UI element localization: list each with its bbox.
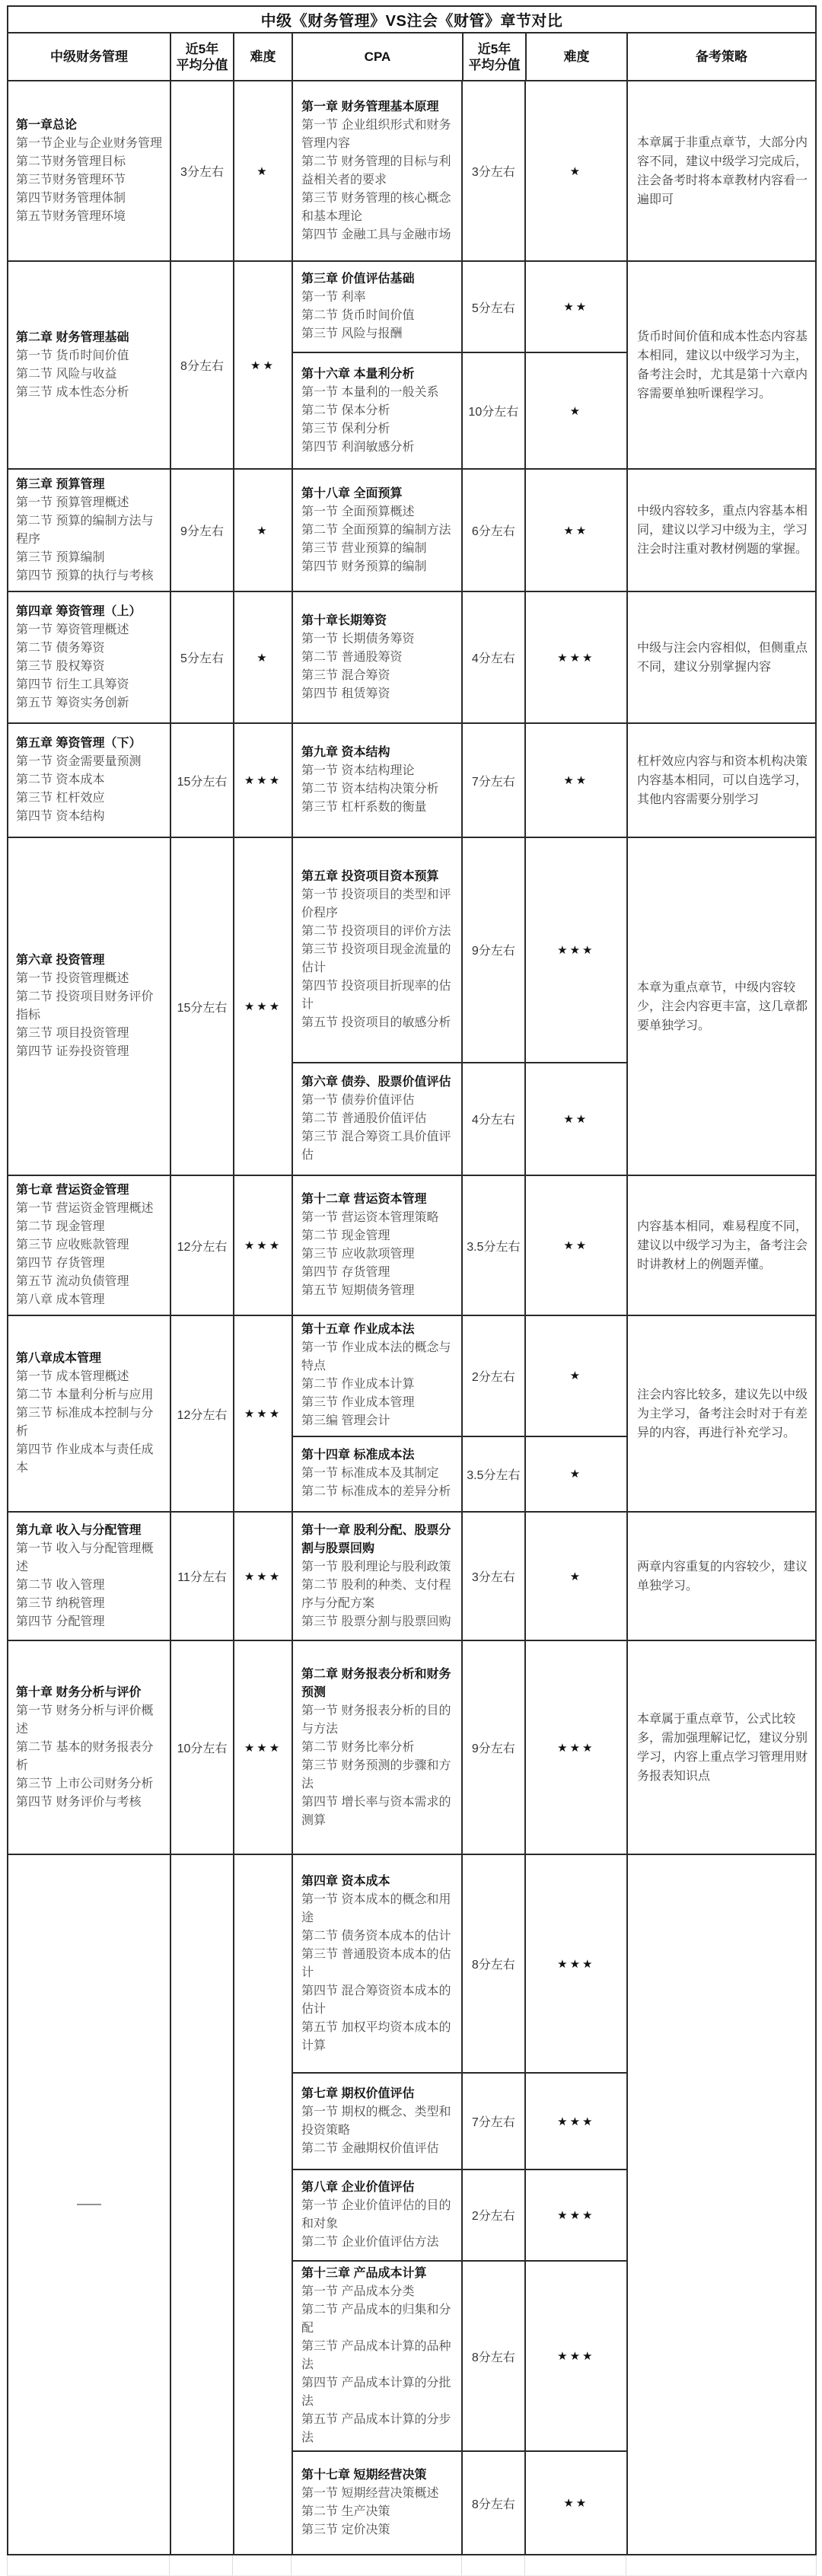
chapter-title: 第十一章 股利分配、股票分割与股票回购	[301, 1522, 455, 1558]
table-row: 第十章 财务分析与评价第一节 财务分析与评价概述第二节 基本的财务报表分析第三节…	[8, 1640, 815, 1854]
strategy-text: 杠杆效应内容与和资本机构决策内容基本相同，可以自选学习，其他内容需要分别学习	[637, 752, 808, 809]
score-value: 3.5分左右	[467, 1237, 520, 1255]
cpa-subrow: 第十五章 作业成本法第一节 作业成本法的概念与特点第二节 作业成本计算第三节 作…	[293, 1316, 626, 1436]
section-item: 第三节 杠杆效应	[16, 789, 164, 808]
chapter-title: 第十四章 标准成本法	[301, 1446, 455, 1465]
zhongji-difficulty-cell: ★★	[234, 262, 293, 468]
cpa-score-cell: 2分左右	[463, 1316, 526, 1436]
section-item: 第四节 金融工具与金融市场	[301, 226, 455, 244]
score-value: 2分左右	[472, 2206, 515, 2224]
table-row: 第七章 营运资金管理第一节 营运资金管理概述第二节 现金管理第三节 应收账款管理…	[8, 1175, 815, 1315]
chapter-title: 第十五章 作业成本法	[301, 1321, 455, 1339]
table-row: 第二章 财务管理基础第一节 货币时间价值第二节 风险与收益第三节 成本性态分析8…	[8, 260, 815, 468]
difficulty-stars: ★★★	[557, 2349, 594, 2363]
section-item: 第一节 货币时间价值	[16, 347, 164, 365]
score-value: 6分左右	[472, 521, 515, 539]
section-item: 第一节 产品成本分类	[301, 2283, 455, 2301]
score-value: 12分左右	[177, 1405, 228, 1423]
section-item: 第三节 定价决策	[301, 2521, 455, 2539]
section-item: 第二节 基本的财务报表分析	[16, 1739, 164, 1775]
section-item: 第一节 短期经营决策概述	[301, 2485, 455, 2503]
zhongji-cell: 第五章 筹资管理（下）第一节 资金需要量预测第二节 资本成本第三节 杠杆效应第四…	[8, 724, 171, 837]
strategy-cell: 货币时间价值和成本性态内容基本相同，建议以中级学习为主，备考注会时，尤其是第十六…	[628, 262, 815, 468]
cpa-stack: 第二章 财务报表分析和财务预测第一节 财务报表分析的目的与方法第二节 财务比率分…	[293, 1641, 628, 1854]
section-item: 第五节 流动负债管理	[16, 1273, 164, 1291]
section-item: 第二节 现金管理	[16, 1218, 164, 1236]
cpa-stack: 第十二章 营运资本管理第一节 营运资本管理策略第二节 现金管理第三节 应收款项管…	[293, 1176, 628, 1315]
section-item: 第三节 应收款项管理	[301, 1245, 455, 1264]
difficulty-stars: ★★	[563, 300, 588, 314]
section-item: 第一节 投资管理概述	[16, 970, 164, 988]
section-item: 第四节 投资项目折现率的估计	[301, 977, 455, 1014]
strategy-text: 货币时间价值和成本性态内容基本相同，建议以中级学习为主，备考注会时，尤其是第十六…	[637, 327, 808, 403]
chapter-title: 第三章 价值评估基础	[301, 270, 455, 289]
cpa-subrow: 第二章 财务报表分析和财务预测第一节 财务报表分析的目的与方法第二节 财务比率分…	[293, 1641, 626, 1854]
table-title: 中级《财务管理》VS注会《财管》章节对比	[8, 7, 815, 33]
difficulty-stars: ★	[256, 164, 269, 178]
difficulty-stars: ★	[570, 1467, 582, 1481]
cpa-score-cell: 8分左右	[463, 1855, 526, 2072]
table-row: 第五章 筹资管理（下）第一节 资金需要量预测第二节 资本成本第三节 杠杆效应第四…	[8, 722, 815, 837]
zhongji-cell: 第三章 预算管理第一节 预算管理概述第二节 预算的编制方法与程序第三节 预算编制…	[8, 470, 171, 591]
section-item: 第三节财务管理环节	[16, 171, 164, 190]
cpa-difficulty-cell: ★★★	[526, 1641, 626, 1854]
cpa-chapter-cell: 第六章 债券、股票价值评估第一节 债券价值评估第二节 普通股价值评估第三节 混合…	[293, 1063, 463, 1175]
section-item: 第二节 资本结构决策分析	[301, 780, 455, 799]
section-item: 第八章 成本管理	[16, 1291, 164, 1309]
cpa-stack: 第九章 资本结构第一节 资本结构理论第二节 资本结构决策分析第三节 杠杆系数的衡…	[293, 724, 628, 837]
section-item: 第二节 全面预算的编制方法	[301, 521, 455, 540]
difficulty-stars: ★★★	[244, 1239, 282, 1252]
chapter-title: 第四章 筹资管理（上）	[16, 603, 164, 621]
header-strategy: 备考策略	[628, 33, 815, 80]
section-item: 第二节 普通股价值评估	[301, 1110, 455, 1128]
difficulty-stars: ★	[570, 164, 582, 178]
table-header-row: 中级财务管理 近5年 平均分值 难度 CPA 近5年 平均分值 难度 备考策略	[8, 33, 815, 80]
zhongji-difficulty-cell: ★	[234, 592, 293, 722]
header-avg-score-zj: 近5年 平均分值	[171, 33, 234, 80]
zhongji-difficulty-cell: ★★★	[234, 1176, 293, 1315]
strategy-text: 本章为重点章节，中级内容较少，注会内容更丰富，这几章都要单独学习。	[637, 978, 808, 1035]
ghost-cell	[7, 2555, 170, 2575]
cpa-score-cell: 4分左右	[463, 592, 526, 722]
score-value: 9分左右	[180, 521, 224, 539]
cpa-difficulty-cell: ★★★	[526, 1855, 626, 2072]
score-value: 7分左右	[472, 2112, 515, 2130]
cpa-score-cell: 3分左右	[463, 81, 526, 260]
zhongji-cell: 第七章 营运资金管理第一节 营运资金管理概述第二节 现金管理第三节 应收账款管理…	[8, 1176, 171, 1315]
zhongji-score-cell: 11分左右	[171, 1513, 234, 1640]
zhongji-difficulty-cell: ★★★	[234, 838, 293, 1175]
zhongji-difficulty-cell: ★★★	[234, 1316, 293, 1511]
zhongji-cell: ——	[8, 1855, 171, 2554]
cpa-score-cell: 4分左右	[463, 1063, 526, 1175]
score-value: 8分左右	[472, 2495, 515, 2512]
chapter-title: 第七章 营运资金管理	[16, 1181, 164, 1200]
cpa-stack: 第三章 价值评估基础第一节 利率第二节 货币时间价值第三节 风险与报酬5分左右★…	[293, 262, 628, 468]
cpa-subrow: 第七章 期权价值评估第一节 期权的概念、类型和投资策略第二节 金融期权价值评估7…	[293, 2072, 626, 2169]
section-item: 第三节 财务管理的核心概念和基本理论	[301, 190, 455, 226]
section-item: 第二节 债务筹资	[16, 639, 164, 658]
cpa-difficulty-cell: ★★★	[526, 838, 626, 1062]
section-item: 第三节 股票分割与股票回购	[301, 1613, 455, 1631]
ghost-cell	[462, 2555, 525, 2575]
difficulty-stars: ★★★	[244, 773, 282, 787]
section-item: 第三编 管理会计	[301, 1412, 455, 1430]
score-value: 3分左右	[472, 1567, 515, 1585]
zhongji-difficulty-cell: ★★★	[234, 1641, 293, 1854]
section-item: 第四节 混合筹资资本成本的估计	[301, 1982, 455, 2019]
section-item: 第二节 金融期权价值评估	[301, 2140, 455, 2158]
section-item: 第二节 财务管理的目标与利益相关者的要求	[301, 153, 455, 190]
zhongji-score-cell: 15分左右	[171, 724, 234, 837]
ghost-cell	[233, 2555, 292, 2575]
ghost-cell	[525, 2555, 626, 2575]
difficulty-stars: ★	[256, 651, 269, 665]
strategy-cell: 杠杆效应内容与和资本机构决策内容基本相同，可以自选学习，其他内容需要分别学习	[628, 724, 815, 837]
cpa-stack: 第十一章 股利分配、股票分割与股票回购第一节 股利理论与股利政策第二节 股利的种…	[293, 1513, 628, 1640]
section-item: 第二节 标准成本的差异分析	[301, 1483, 455, 1501]
difficulty-stars: ★★	[250, 359, 276, 372]
cpa-score-cell: 5分左右	[463, 262, 526, 352]
section-item: 第一节 期权的概念、类型和投资策略	[301, 2103, 455, 2140]
chapter-title: 第四章 资本成本	[301, 1873, 455, 1891]
section-item: 第三节 项目投资管理	[16, 1025, 164, 1043]
cpa-stack: 第一章 财务管理基本原理第一节 企业组织形式和财务管理内容第二节 财务管理的目标…	[293, 81, 628, 260]
score-value: 9分左右	[472, 1739, 515, 1756]
cpa-chapter-cell: 第四章 资本成本第一节 资本成本的概念和用途第二节 债务资本成本的估计第三节 普…	[293, 1855, 463, 2072]
difficulty-stars: ★★	[563, 524, 588, 537]
chapter-title: 第十章长期筹资	[301, 612, 455, 630]
chapter-title: 第三章 预算管理	[16, 476, 164, 494]
cpa-chapter-cell: 第十一章 股利分配、股票分割与股票回购第一节 股利理论与股利政策第二节 股利的种…	[293, 1513, 463, 1640]
score-value: 4分左右	[472, 1110, 515, 1127]
section-item: 第一节 股利理论与股利政策	[301, 1558, 455, 1577]
cpa-difficulty-cell: ★	[526, 353, 626, 468]
section-item: 第二节 股利的种类、支付程序与分配方案	[301, 1577, 455, 1613]
section-item: 第三节 作业成本管理	[301, 1394, 455, 1412]
section-item: 第三节 保利分析	[301, 420, 455, 438]
section-item: 第三节 混合筹资	[301, 667, 455, 685]
section-item: 第二节 预算的编制方法与程序	[16, 512, 164, 549]
difficulty-stars: ★★★	[244, 1407, 282, 1420]
section-item: 第一节 财务分析与评价概述	[16, 1702, 164, 1739]
difficulty-stars: ★★★	[244, 1570, 282, 1583]
section-item: 第一节 财务报表分析的目的与方法	[301, 1702, 455, 1739]
section-item: 第二节 财务比率分析	[301, 1739, 455, 1757]
section-item: 第一节 投资项目的类型和评价程序	[301, 886, 455, 923]
strategy-text: 两章内容重复的内容较少，建议单独学习。	[637, 1557, 808, 1596]
section-item: 第三节 应收账款管理	[16, 1236, 164, 1255]
cpa-subrow: 第十八章 全面预算第一节 全面预算概述第二节 全面预算的编制方法第三节 营业预算…	[293, 470, 626, 591]
score-value: 8分左右	[180, 356, 224, 374]
cpa-chapter-cell: 第八章 企业价值评估第一节 企业价值评估的目的和对象第二节 企业价值评估方法	[293, 2170, 463, 2260]
section-item: 第二节 企业价值评估方法	[301, 2233, 455, 2252]
difficulty-stars: ★★	[563, 2496, 588, 2510]
cpa-chapter-cell: 第十八章 全面预算第一节 全面预算概述第二节 全面预算的编制方法第三节 营业预算…	[293, 470, 463, 591]
section-item: 第二节 风险与收益	[16, 365, 164, 384]
strategy-cell	[628, 1855, 815, 2554]
strategy-text: 中级内容较多，重点内容基本相同，建议以学习中级为主，学习注会时注重对教材例题的掌…	[637, 502, 808, 559]
score-value: 10分左右	[468, 402, 518, 419]
section-item: 第四节 存货管理	[16, 1255, 164, 1273]
section-item: 第三节 预算编制	[16, 549, 164, 567]
section-item: 第一节 筹资管理概述	[16, 621, 164, 639]
cpa-stack: 第四章 资本成本第一节 资本成本的概念和用途第二节 债务资本成本的估计第三节 普…	[293, 1855, 628, 2554]
zhongji-difficulty-cell: ★★★	[234, 1513, 293, 1640]
cpa-subrow: 第十七章 短期经营决策第一节 短期经营决策概述第二节 生产决策第三节 定价决策8…	[293, 2450, 626, 2554]
section-item: 第三节 营业预算的编制	[301, 540, 455, 558]
table-row: 第一章总论第一节企业与企业财务管理第二节财务管理目标第三节财务管理环节第四节财务…	[8, 80, 815, 260]
comparison-table: 中级《财务管理》VS注会《财管》章节对比 中级财务管理 近5年 平均分值 难度 …	[7, 5, 817, 2555]
section-item: 第一节 企业组织形式和财务管理内容	[301, 116, 455, 153]
section-item: 第三节 财务预测的步骤和方法	[301, 1757, 455, 1793]
section-item: 第二节 投资项目的评价方法	[301, 923, 455, 941]
chapter-title: 第六章 债券、股票价值评估	[301, 1073, 455, 1092]
section-item: 第二节 资本成本	[16, 771, 164, 789]
section-item: 第四节 财务评价与考核	[16, 1793, 164, 1812]
difficulty-stars: ★	[570, 404, 582, 418]
section-item: 第五节 筹资实务创新	[16, 694, 164, 713]
dash-placeholder: ——	[77, 2198, 101, 2211]
cpa-score-cell: 7分左右	[463, 2074, 526, 2169]
cpa-chapter-cell: 第十三章 产品成本计算第一节 产品成本分类第二节 产品成本的归集和分配第三节 产…	[293, 2262, 463, 2450]
difficulty-stars: ★★	[563, 1112, 588, 1126]
chapter-title: 第十六章 本量利分析	[301, 365, 455, 384]
section-item: 第五节 加权平均资本成本的计算	[301, 2019, 455, 2055]
strategy-text: 本章属于重点章节，公式比较多，需加强理解记忆，建议分别学习，内容上重点学习管理用…	[637, 1710, 808, 1786]
section-item: 第二节 收入管理	[16, 1577, 164, 1595]
section-item: 第二节 生产决策	[301, 2503, 455, 2521]
section-item: 第二节 货币时间价值	[301, 307, 455, 325]
strategy-text: 内容基本相同，难易程度不同，建议以中级学习为主，备考注会时讲教材上的例题弄懂。	[637, 1217, 808, 1274]
strategy-cell: 注会内容比较多，建议先以中级为主学习，备考注会时对于有差异的内容，再进行补充学习…	[628, 1316, 815, 1511]
cpa-score-cell: 6分左右	[463, 470, 526, 591]
header-difficulty-cpa: 难度	[527, 33, 628, 80]
section-item: 第四节 财务预算的编制	[301, 558, 455, 576]
section-item: 第二节 普通股筹资	[301, 649, 455, 667]
section-item: 第三节 上市公司财务分析	[16, 1775, 164, 1793]
score-value: 5分左右	[180, 649, 224, 666]
section-item: 第五节财务管理环境	[16, 208, 164, 226]
zhongji-score-cell: 9分左右	[171, 470, 234, 591]
zhongji-difficulty-cell: ★	[234, 470, 293, 591]
section-item: 第三节 股权筹资	[16, 658, 164, 676]
cpa-subrow: 第四章 资本成本第一节 资本成本的概念和用途第二节 债务资本成本的估计第三节 普…	[293, 1855, 626, 2072]
section-item: 第三节 杠杆系数的衡量	[301, 799, 455, 817]
cpa-score-cell: 8分左右	[463, 2262, 526, 2450]
cpa-difficulty-cell: ★	[526, 1316, 626, 1436]
rows: 第一章总论第一节企业与企业财务管理第二节财务管理目标第三节财务管理环节第四节财务…	[8, 80, 815, 2554]
section-item: 第二节 债务资本成本的估计	[301, 1927, 455, 1946]
ghost-cell	[170, 2555, 233, 2575]
cpa-stack: 第五章 投资项目资本预算第一节 投资项目的类型和评价程序第二节 投资项目的评价方…	[293, 838, 628, 1175]
section-item: 第三节 成本性态分析	[16, 384, 164, 402]
section-item: 第二节 产品成本的归集和分配	[301, 2301, 455, 2338]
section-item: 第一节 作业成本法的概念与特点	[301, 1339, 455, 1376]
score-value: 9分左右	[472, 941, 515, 958]
cpa-chapter-cell: 第十二章 营运资本管理第一节 营运资本管理策略第二节 现金管理第三节 应收款项管…	[293, 1176, 463, 1315]
cpa-difficulty-cell: ★★	[526, 1176, 626, 1315]
cpa-subrow: 第五章 投资项目资本预算第一节 投资项目的类型和评价程序第二节 投资项目的评价方…	[293, 838, 626, 1062]
cpa-difficulty-cell: ★	[526, 81, 626, 260]
section-item: 第四节 分配管理	[16, 1613, 164, 1631]
section-item: 第一节 成本管理概述	[16, 1368, 164, 1386]
chapter-title: 第八章 企业价值评估	[301, 2179, 455, 2197]
cpa-chapter-cell: 第一章 财务管理基本原理第一节 企业组织形式和财务管理内容第二节 财务管理的目标…	[293, 81, 463, 260]
cpa-score-cell: 3分左右	[463, 1513, 526, 1640]
section-item: 第一节 长期债务筹资	[301, 630, 455, 649]
cpa-score-cell: 3.5分左右	[463, 1437, 526, 1511]
cpa-difficulty-cell: ★★	[526, 262, 626, 352]
cpa-chapter-cell: 第十五章 作业成本法第一节 作业成本法的概念与特点第二节 作业成本计算第三节 作…	[293, 1316, 463, 1436]
zhongji-score-cell: 15分左右	[171, 838, 234, 1175]
section-item: 第三节 投资项目现金流量的估计	[301, 941, 455, 977]
zhongji-score-cell: 10分左右	[171, 1641, 234, 1854]
cpa-subrow: 第十六章 本量利分析第一节 本量利的一般关系第二节 保本分析第三节 保利分析第四…	[293, 352, 626, 468]
cpa-subrow: 第六章 债券、股票价值评估第一节 债券价值评估第二节 普通股价值评估第三节 混合…	[293, 1062, 626, 1175]
section-item: 第三节 标准成本控制与分析	[16, 1404, 164, 1441]
zhongji-cell: 第八章成本管理第一节 成本管理概述第二节 本量利分析与应用第三节 标准成本控制与…	[8, 1316, 171, 1511]
cpa-chapter-cell: 第十六章 本量利分析第一节 本量利的一般关系第二节 保本分析第三节 保利分析第四…	[293, 353, 463, 468]
zhongji-score-cell: 8分左右	[171, 262, 234, 468]
cpa-stack: 第十五章 作业成本法第一节 作业成本法的概念与特点第二节 作业成本计算第三节 作…	[293, 1316, 628, 1511]
chapter-title: 第二章 财务管理基础	[16, 329, 164, 347]
section-item: 第五节 产品成本计算的分步法	[301, 2411, 455, 2447]
section-item: 第二节 投资项目财务评价指标	[16, 988, 164, 1025]
zhongji-cell: 第十章 财务分析与评价第一节 财务分析与评价概述第二节 基本的财务报表分析第三节…	[8, 1641, 171, 1854]
cpa-subrow: 第八章 企业价值评估第一节 企业价值评估的目的和对象第二节 企业价值评估方法2分…	[293, 2169, 626, 2260]
section-item: 第四节 利润敏感分析	[301, 438, 455, 457]
zhongji-score-cell: 12分左右	[171, 1176, 234, 1315]
section-item: 第一节 企业价值评估的目的和对象	[301, 2197, 455, 2233]
cpa-difficulty-cell: ★★★	[526, 2074, 626, 2169]
cpa-difficulty-cell: ★★	[526, 1063, 626, 1175]
cpa-subrow: 第十四章 标准成本法第一节 标准成本及其制定第二节 标准成本的差异分析3.5分左…	[293, 1436, 626, 1511]
cpa-chapter-cell: 第十四章 标准成本法第一节 标准成本及其制定第二节 标准成本的差异分析	[293, 1437, 463, 1511]
header-cpa: CPA	[293, 33, 464, 80]
difficulty-stars: ★★★	[557, 1957, 594, 1971]
score-value: 10分左右	[177, 1739, 228, 1756]
cpa-subrow: 第十章长期筹资第一节 长期债务筹资第二节 普通股筹资第三节 混合筹资第四节 租赁…	[293, 592, 626, 722]
cpa-chapter-cell: 第九章 资本结构第一节 资本结构理论第二节 资本结构决策分析第三节 杠杆系数的衡…	[293, 724, 463, 837]
zhongji-cell: 第二章 财务管理基础第一节 货币时间价值第二节 风险与收益第三节 成本性态分析	[8, 262, 171, 468]
chapter-title: 第十二章 营运资本管理	[301, 1191, 455, 1209]
cpa-chapter-cell: 第三章 价值评估基础第一节 利率第二节 货币时间价值第三节 风险与报酬	[293, 262, 463, 352]
section-item: 第二节 现金管理	[301, 1227, 455, 1245]
difficulty-stars: ★	[256, 524, 269, 537]
comparison-table-page: 中级《财务管理》VS注会《财管》章节对比 中级财务管理 近5年 平均分值 难度 …	[0, 5, 822, 2576]
table-row: 第三章 预算管理第一节 预算管理概述第二节 预算的编制方法与程序第三节 预算编制…	[8, 468, 815, 591]
zhongji-score-cell: 5分左右	[171, 592, 234, 722]
chapter-title: 第七章 期权价值评估	[301, 2085, 455, 2103]
cpa-subrow: 第十三章 产品成本计算第一节 产品成本分类第二节 产品成本的归集和分配第三节 产…	[293, 2260, 626, 2450]
chapter-title: 第五章 筹资管理（下）	[16, 735, 164, 753]
cpa-difficulty-cell: ★★	[526, 470, 626, 591]
cpa-score-cell: 2分左右	[463, 2170, 526, 2260]
strategy-text: 注会内容比较多，建议先以中级为主学习，备考注会时对于有差异的内容，再进行补充学习…	[637, 1385, 808, 1443]
table-row: ——第四章 资本成本第一节 资本成本的概念和用途第二节 债务资本成本的估计第三节…	[8, 1854, 815, 2554]
chapter-title: 第一章 财务管理基本原理	[301, 98, 455, 116]
section-item: 第三节 产品成本计算的品种法	[301, 2338, 455, 2374]
ghost-cell	[626, 2555, 817, 2575]
section-item: 第二节财务管理目标	[16, 153, 164, 171]
score-value: 3分左右	[180, 162, 224, 180]
score-value: 2分左右	[472, 1367, 515, 1385]
section-item: 第四节 衍生工具筹资	[16, 676, 164, 694]
cpa-difficulty-cell: ★★	[526, 2452, 626, 2554]
score-value: 3.5分左右	[467, 1465, 520, 1483]
cpa-score-cell: 8分左右	[463, 2452, 526, 2554]
section-item: 第一节 本量利的一般关系	[301, 384, 455, 402]
section-item: 第四节 作业成本与责任成本	[16, 1441, 164, 1478]
score-value: 8分左右	[472, 1955, 515, 1972]
cpa-chapter-cell: 第十七章 短期经营决策第一节 短期经营决策概述第二节 生产决策第三节 定价决策	[293, 2452, 463, 2554]
difficulty-stars: ★★★	[244, 1741, 282, 1755]
chapter-title: 第八章成本管理	[16, 1350, 164, 1368]
section-item: 第三节 普通股资本成本的估计	[301, 1946, 455, 1982]
cpa-difficulty-cell: ★★	[526, 724, 626, 837]
chapter-title: 第十三章 产品成本计算	[301, 2265, 455, 2283]
ghost-cell	[292, 2555, 462, 2575]
chapter-title: 第十七章 短期经营决策	[301, 2466, 455, 2485]
chapter-title: 第二章 财务报表分析和财务预测	[301, 1666, 455, 1702]
zhongji-score-cell	[171, 1855, 234, 2554]
cpa-chapter-cell: 第七章 期权价值评估第一节 期权的概念、类型和投资策略第二节 金融期权价值评估	[293, 2074, 463, 2169]
chapter-title: 第六章 投资管理	[16, 952, 164, 970]
section-item: 第一节 利率	[301, 289, 455, 307]
section-item: 第四节 证券投资管理	[16, 1043, 164, 1061]
score-value: 12分左右	[177, 1237, 228, 1255]
chapter-title: 第十章 财务分析与评价	[16, 1684, 164, 1702]
section-item: 第一节 营运资本管理策略	[301, 1209, 455, 1227]
chapter-title: 第一章总论	[16, 116, 164, 135]
difficulty-stars: ★	[570, 1369, 582, 1382]
difficulty-stars: ★★	[563, 1239, 588, 1252]
score-value: 11分左右	[177, 1567, 227, 1585]
cpa-chapter-cell: 第二章 财务报表分析和财务预测第一节 财务报表分析的目的与方法第二节 财务比率分…	[293, 1641, 463, 1854]
section-item: 第三节 纳税管理	[16, 1595, 164, 1613]
strategy-cell: 内容基本相同，难易程度不同，建议以中级学习为主，备考注会时讲教材上的例题弄懂。	[628, 1176, 815, 1315]
difficulty-stars: ★★	[563, 773, 588, 787]
zhongji-cell: 第六章 投资管理第一节 投资管理概述第二节 投资项目财务评价指标第三节 项目投资…	[8, 838, 171, 1175]
cpa-subrow: 第十二章 营运资本管理第一节 营运资本管理策略第二节 现金管理第三节 应收款项管…	[293, 1176, 626, 1315]
section-item: 第一节企业与企业财务管理	[16, 135, 164, 153]
cpa-difficulty-cell: ★★★	[526, 2170, 626, 2260]
cpa-subrow: 第九章 资本结构第一节 资本结构理论第二节 资本结构决策分析第三节 杠杆系数的衡…	[293, 724, 626, 837]
section-item: 第一节 标准成本及其制定	[301, 1465, 455, 1483]
cpa-subrow: 第三章 价值评估基础第一节 利率第二节 货币时间价值第三节 风险与报酬5分左右★…	[293, 262, 626, 352]
difficulty-stars: ★★★	[557, 1741, 594, 1755]
cpa-stack: 第十八章 全面预算第一节 全面预算概述第二节 全面预算的编制方法第三节 营业预算…	[293, 470, 628, 591]
difficulty-stars: ★	[570, 1570, 582, 1583]
header-avg-score-cpa: 近5年 平均分值	[464, 33, 527, 80]
strategy-cell: 本章属于非重点章节，大部分内容不同，建议中级学习完成后，注会备考时将本章教材内容…	[628, 81, 815, 260]
chapter-title: 第十八章 全面预算	[301, 485, 455, 503]
score-value: 5分左右	[472, 298, 515, 316]
strategy-cell: 本章为重点章节，中级内容较少，注会内容更丰富，这几章都要单独学习。	[628, 838, 815, 1175]
section-item: 第二节 作业成本计算	[301, 1376, 455, 1394]
cpa-stack: 第十章长期筹资第一节 长期债务筹资第二节 普通股筹资第三节 混合筹资第四节 租赁…	[293, 592, 628, 722]
section-item: 第三节 混合筹资工具价值评估	[301, 1128, 455, 1165]
difficulty-stars: ★★★	[557, 943, 594, 957]
zhongji-difficulty-cell: ★★★	[234, 724, 293, 837]
zhongji-score-cell: 12分左右	[171, 1316, 234, 1511]
section-item: 第一节 营运资金管理概述	[16, 1200, 164, 1218]
section-item: 第一节 收入与分配管理概述	[16, 1540, 164, 1577]
table-row: 第八章成本管理第一节 成本管理概述第二节 本量利分析与应用第三节 标准成本控制与…	[8, 1315, 815, 1511]
chapter-title: 第五章 投资项目资本预算	[301, 868, 455, 886]
